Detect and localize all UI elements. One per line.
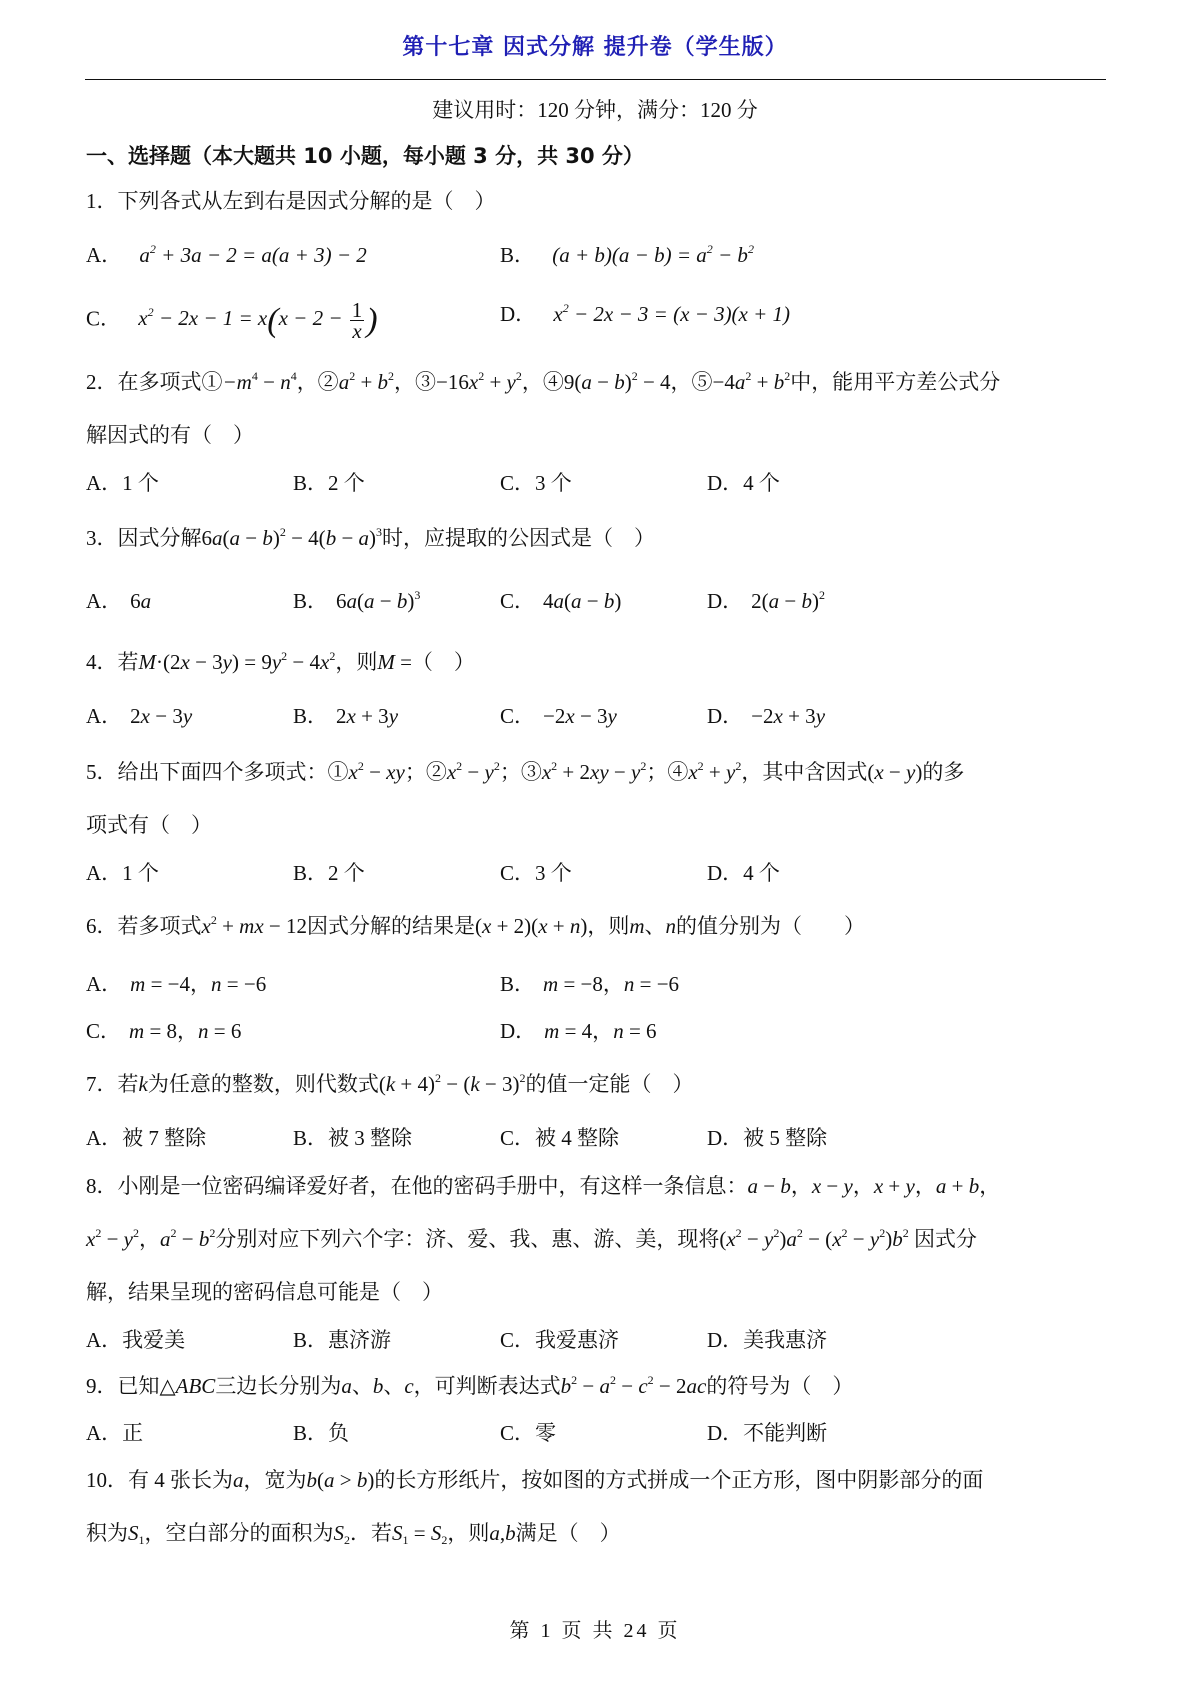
- option-text: (a + b)(a − b) = a2 − b2: [552, 243, 754, 267]
- option-text: 惠济游: [328, 1328, 391, 1352]
- option-text: 我爱惠济: [535, 1328, 619, 1352]
- q6-option-a[interactable]: A．m = −4，n = −6: [86, 970, 266, 998]
- q8-option-d[interactable]: D．美我惠济: [707, 1326, 827, 1354]
- question-number: 9．: [86, 1374, 118, 1398]
- question-stem: 下列各式从左到右是因式分解的是（ ）: [118, 189, 496, 213]
- q9-option-b[interactable]: B．负: [293, 1419, 349, 1447]
- q7-option-d[interactable]: D．被 5 整除: [707, 1124, 827, 1152]
- q6-option-b[interactable]: B．m = −8，n = −6: [500, 970, 679, 998]
- q2-option-b[interactable]: B．2 个: [293, 469, 365, 497]
- question-5-line-2: 项式有（ ）: [86, 811, 212, 839]
- q5-option-d[interactable]: D．4 个: [707, 859, 780, 887]
- option-label: A．: [86, 1328, 122, 1352]
- option-text: 被 4 整除: [535, 1126, 619, 1150]
- option-label: A．: [86, 704, 122, 728]
- option-label: D．: [500, 1019, 536, 1043]
- question-8-line-1: 8．小刚是一位密码编译爱好者，在他的密码手册中，有这样一条信息：a − b，x …: [86, 1172, 1000, 1200]
- option-text: 零: [535, 1421, 556, 1445]
- section-heading: 一、选择题（本大题共 10 小题，每小题 3 分，共 30 分）: [86, 140, 644, 170]
- question-10-line-2: 积为S1，空白部分的面积为S2．若S1 = S2，则a,b满足（ ）: [86, 1519, 621, 1547]
- option-text: 正: [122, 1421, 143, 1445]
- option-text: 3 个: [535, 471, 572, 495]
- option-label: A．: [86, 861, 122, 885]
- option-label: A．: [86, 471, 122, 495]
- option-text: 被 3 整除: [328, 1126, 412, 1150]
- page-footer: 第 1 页 共 24 页: [0, 1614, 1190, 1643]
- q2-option-d[interactable]: D．4 个: [707, 469, 780, 497]
- q5-option-a[interactable]: A．1 个: [86, 859, 159, 887]
- option-text: 3 个: [535, 861, 572, 885]
- q6-option-c[interactable]: C．m = 8，n = 6: [86, 1017, 241, 1045]
- option-text: 2 个: [328, 471, 365, 495]
- option-label: C．: [500, 704, 535, 728]
- q2-option-a[interactable]: A．1 个: [86, 469, 159, 497]
- option-label: A．: [86, 243, 122, 267]
- q4-option-b[interactable]: B．2x + 3y: [293, 702, 398, 730]
- question-number: 7．: [86, 1072, 118, 1096]
- q3-option-b[interactable]: B．6a(a − b)3: [293, 587, 420, 615]
- option-label: B．: [293, 471, 328, 495]
- q8-option-b[interactable]: B．惠济游: [293, 1326, 391, 1354]
- option-label: B．: [293, 1328, 328, 1352]
- option-label: C．: [500, 1126, 535, 1150]
- option-text: m = 4，n = 6: [544, 1019, 656, 1043]
- q5-option-b[interactable]: B．2 个: [293, 859, 365, 887]
- option-label: D．: [707, 861, 743, 885]
- q9-option-a[interactable]: A．正: [86, 1419, 143, 1447]
- option-label: C．: [500, 589, 535, 613]
- question-2-line-2: 解因式的有（ ）: [86, 421, 254, 449]
- option-text: 4 个: [743, 471, 780, 495]
- q4-option-c[interactable]: C．−2x − 3y: [500, 702, 617, 730]
- question-number: 4．: [86, 650, 118, 674]
- question-number: 1．: [86, 189, 118, 213]
- option-text: 1 个: [122, 861, 159, 885]
- q2-option-c[interactable]: C．3 个: [500, 469, 572, 497]
- option-text: 不能判断: [743, 1421, 827, 1445]
- option-text: m = 8，n = 6: [129, 1019, 241, 1043]
- q8-option-a[interactable]: A．我爱美: [86, 1326, 185, 1354]
- option-text: x2 − 2x − 1 = x(x − 2 − 1x): [138, 306, 377, 330]
- q6-option-d[interactable]: D．m = 4，n = 6: [500, 1017, 657, 1045]
- option-text: 2(a − b)2: [751, 589, 825, 613]
- question-number: 5．: [86, 760, 118, 784]
- option-text: 2x − 3y: [130, 704, 192, 728]
- option-text: 美我惠济: [743, 1328, 827, 1352]
- option-text: 我爱美: [122, 1328, 185, 1352]
- q3-option-a[interactable]: A．6a: [86, 587, 151, 615]
- option-label: D．: [707, 1421, 743, 1445]
- q1-option-d[interactable]: D． x2 − 2x − 3 = (x − 3)(x + 1): [500, 300, 790, 328]
- q8-option-c[interactable]: C．我爱惠济: [500, 1326, 619, 1354]
- q4-option-a[interactable]: A．2x − 3y: [86, 702, 192, 730]
- option-text: m = −4，n = −6: [130, 972, 266, 996]
- question-number: 3．: [86, 526, 118, 550]
- question-3: 3．因式分解6a(a − b)2 − 4(b − a)3时，应提取的公因式是（ …: [86, 524, 655, 552]
- question-number: 6．: [86, 914, 118, 938]
- question-9: 9．已知△ABC三边长分别为a、b、c，可判断表达式b2 − a2 − c2 −…: [86, 1372, 853, 1400]
- option-text: 4a(a − b): [543, 589, 621, 613]
- option-label: C．: [500, 1328, 535, 1352]
- option-text: m = −8，n = −6: [543, 972, 679, 996]
- option-label: C．: [500, 861, 535, 885]
- question-8-line-3: 解，结果呈现的密码信息可能是（ ）: [86, 1278, 443, 1306]
- option-text: 1 个: [122, 471, 159, 495]
- question-8-line-2: x2 − y2，a2 − b2分别对应下列六个字：济、爱、我、惠、游、美，现将(…: [86, 1225, 977, 1253]
- q7-option-b[interactable]: B．被 3 整除: [293, 1124, 412, 1152]
- question-7: 7．若k为任意的整数，则代数式(k + 4)2 − (k − 3)2的值一定能（…: [86, 1070, 694, 1098]
- option-label: D．: [707, 471, 743, 495]
- option-label: D．: [500, 302, 536, 326]
- option-text: 2x + 3y: [336, 704, 398, 728]
- question-5-line-1: 5．给出下面四个多项式：①x2 − xy；②x2 − y2；③x2 + 2xy …: [86, 758, 964, 786]
- option-label: B．: [500, 972, 535, 996]
- option-label: B．: [293, 704, 328, 728]
- question-10-line-1: 10．有 4 张长为a，宽为b(a > b)的长方形纸片，按如图的方式拼成一个正…: [86, 1466, 983, 1494]
- header-divider: [85, 79, 1106, 80]
- option-label: C．: [500, 471, 535, 495]
- option-text: 4 个: [743, 861, 780, 885]
- q3-option-c[interactable]: C．4a(a − b): [500, 587, 621, 615]
- option-label: D．: [707, 1328, 743, 1352]
- q5-option-c[interactable]: C．3 个: [500, 859, 572, 887]
- option-text: x2 − 2x − 3 = (x − 3)(x + 1): [553, 302, 790, 326]
- option-text: 2 个: [328, 861, 365, 885]
- q7-option-a[interactable]: A．被 7 整除: [86, 1124, 206, 1152]
- option-text: −2x + 3y: [751, 704, 825, 728]
- q1-option-c[interactable]: C． x2 − 2x − 1 = x(x − 2 − 1x): [86, 300, 378, 341]
- option-label: D．: [707, 704, 743, 728]
- option-label: A．: [86, 972, 122, 996]
- option-label: B．: [500, 243, 535, 267]
- option-label: D．: [707, 1126, 743, 1150]
- option-text: a2 + 3a − 2 = a(a + 3) − 2: [139, 243, 366, 267]
- option-label: B．: [293, 1126, 328, 1150]
- question-4: 4．若M·(2x − 3y) = 9y2 − 4x2，则M =（ ）: [86, 648, 475, 676]
- question-6: 6．若多项式x2 + mx − 12因式分解的结果是(x + 2)(x + n)…: [86, 912, 865, 940]
- q9-option-c[interactable]: C．零: [500, 1419, 556, 1447]
- q1-option-b[interactable]: B． (a + b)(a − b) = a2 − b2: [500, 241, 754, 269]
- option-label: B．: [293, 589, 328, 613]
- option-label: A．: [86, 1421, 122, 1445]
- q4-option-d[interactable]: D．−2x + 3y: [707, 702, 825, 730]
- option-label: B．: [293, 1421, 328, 1445]
- option-text: 6a: [130, 589, 151, 613]
- question-2-line-1: 2．在多项式①−m4 − n4，②a2 + b2，③−16x2 + y2，④9(…: [86, 368, 1000, 396]
- option-label: A．: [86, 589, 122, 613]
- q1-option-a[interactable]: A． a2 + 3a − 2 = a(a + 3) − 2: [86, 241, 367, 269]
- question-1: 1．下列各式从左到右是因式分解的是（ ）: [86, 187, 496, 215]
- option-text: 负: [328, 1421, 349, 1445]
- option-text: −2x − 3y: [543, 704, 617, 728]
- q3-option-d[interactable]: D．2(a − b)2: [707, 587, 825, 615]
- option-text: 被 7 整除: [122, 1126, 206, 1150]
- document-title: 第十七章 因式分解 提升卷（学生版）: [0, 30, 1190, 61]
- option-label: C．: [86, 1019, 121, 1043]
- option-label: B．: [293, 861, 328, 885]
- question-number: 2．: [86, 370, 118, 394]
- option-label: C．: [500, 1421, 535, 1445]
- option-text: 被 5 整除: [743, 1126, 827, 1150]
- time-and-score: 建议用时：120 分钟，满分：120 分: [0, 94, 1190, 124]
- option-label: A．: [86, 1126, 122, 1150]
- option-label: C．: [86, 306, 121, 330]
- q7-option-c[interactable]: C．被 4 整除: [500, 1124, 619, 1152]
- option-text: 6a(a − b)3: [336, 589, 420, 613]
- q9-option-d[interactable]: D．不能判断: [707, 1419, 827, 1447]
- question-number: 8．: [86, 1174, 118, 1198]
- option-label: D．: [707, 589, 743, 613]
- question-number: 10．: [86, 1468, 128, 1492]
